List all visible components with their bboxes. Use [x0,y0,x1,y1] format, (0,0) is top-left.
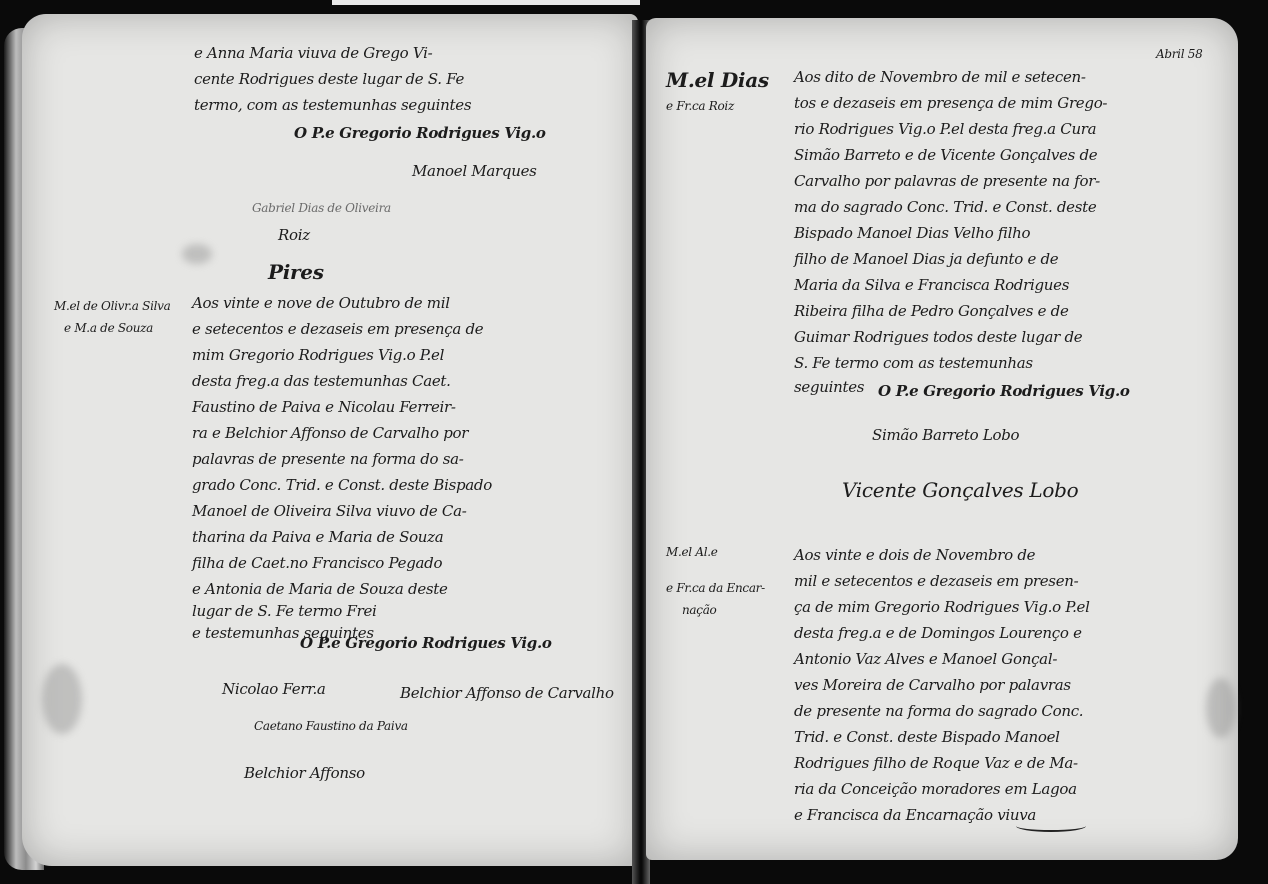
text-line: lugar de S. Fe termo Frei [192,604,377,619]
signature-priest: O P.e Gregorio Rodrigues Vig.o [300,636,552,651]
text-line: seguintes [794,380,864,395]
text-line: filha de Caet.no Francisco Pegado [192,556,442,571]
text-line: e Francisca da Encarnação viuva [794,808,1036,823]
margin-note-line: e Fr.ca da Encar- [666,582,765,594]
margin-note-line: M.el Al.e [666,546,718,558]
text-line: rio Rodrigues Vig.o P.el desta freg.a Cu… [794,122,1096,137]
text-line: Maria da Silva e Francisca Rodrigues [794,278,1069,293]
text-line: ça de mim Gregorio Rodrigues Vig.o P.el [794,600,1090,615]
signature-witness: Belchior Affonso de Carvalho [400,686,614,701]
text-line: Faustino de Paiva e Nicolau Ferreir- [192,400,456,415]
text-line: Ribeira filha de Pedro Gonçalves e de [794,304,1069,319]
text-line: palavras de presente na forma do sa- [192,452,464,467]
signature-witness: Gabriel Dias de Oliveira [252,202,391,214]
text-line: e Anna Maria viuva de Grego Vi- [194,46,432,61]
margin-note-line: nação [682,604,716,616]
paper-stain [1206,678,1236,738]
signature-witness: Belchior Affonso [244,766,365,781]
text-line: grado Conc. Trid. e Const. deste Bispado [192,478,492,493]
text-line: mim Gregorio Rodrigues Vig.o P.el [192,348,444,363]
text-line: tos e dezaseis em presença de mim Grego- [794,96,1107,111]
text-line: de presente na forma do sagrado Conc. [794,704,1083,719]
text-line: ria da Conceição moradores em Lagoa [794,782,1077,797]
text-line: termo, com as testemunhas seguintes [194,98,471,113]
right-page: Abril 58 M.el Dias e Fr.ca Roiz Aos dito… [646,18,1238,860]
margin-note-line: e Fr.ca Roiz [666,100,734,112]
signature-witness: Vicente Gonçalves Lobo [842,480,1078,500]
signature-witness: Caetano Faustino da Paiva [254,720,408,732]
margin-note-line: M.el Dias [666,70,769,90]
signature-witness: Simão Barreto Lobo [872,428,1019,443]
margin-note-line: M.el de Olivr.a Silva [54,300,170,312]
text-line: Aos vinte e nove de Outubro de mil [192,296,450,311]
text-line: ra e Belchior Affonso de Carvalho por [192,426,468,441]
text-line: Manoel de Oliveira Silva viuvo de Ca- [192,504,467,519]
text-line: Simão Barreto e de Vicente Gonçalves de [794,148,1097,163]
text-line: Aos vinte e dois de Novembro de [794,548,1035,563]
text-line: mil e setecentos e dezaseis em presen- [794,574,1078,589]
text-line: desta freg.a das testemunhas Caet. [192,374,451,389]
text-line: desta freg.a e de Domingos Lourenço e [794,626,1082,641]
text-line: Bispado Manoel Dias Velho filho [794,226,1030,241]
signature-witness: Nicolao Ferr.a [222,682,326,697]
left-page: e Anna Maria viuva de Grego Vi- cente Ro… [22,14,638,866]
signature-witness: Roiz [278,228,310,243]
text-line: cente Rodrigues deste lugar de S. Fe [194,72,464,87]
page-number: Abril 58 [1156,48,1202,60]
text-line: e Antonia de Maria de Souza deste [192,582,448,597]
paper-stain [42,664,82,734]
signature-priest: O P.e Gregorio Rodrigues Vig.o [878,384,1130,399]
text-line: ves Moreira de Carvalho por palavras [794,678,1071,693]
margin-note-line: e M.a de Souza [64,322,153,334]
text-line: Aos dito de Novembro de mil e setecen- [794,70,1086,85]
top-paper-strip [332,0,640,5]
text-line: S. Fe termo com as testemunhas [794,356,1033,371]
text-line: tharina da Paiva e Maria de Souza [192,530,443,545]
text-line: Trid. e Const. deste Bispado Manoel [794,730,1060,745]
text-line: Carvalho por palavras de presente na for… [794,174,1100,189]
paper-stain [182,244,212,264]
text-line: ma do sagrado Conc. Trid. e Const. deste [794,200,1096,215]
text-line: filho de Manoel Dias ja defunto e de [794,252,1058,267]
text-line: Rodrigues filho de Roque Vaz e de Ma- [794,756,1078,771]
text-line: e setecentos e dezaseis em presença de [192,322,483,337]
signature-witness: Pires [268,262,324,282]
text-line: Antonio Vaz Alves e Manoel Gonçal- [794,652,1057,667]
signature-witness: Manoel Marques [412,164,537,179]
signature-priest: O P.e Gregorio Rodrigues Vig.o [294,126,546,141]
text-line: Guimar Rodrigues todos deste lugar de [794,330,1082,345]
closing-flourish [1016,820,1086,832]
